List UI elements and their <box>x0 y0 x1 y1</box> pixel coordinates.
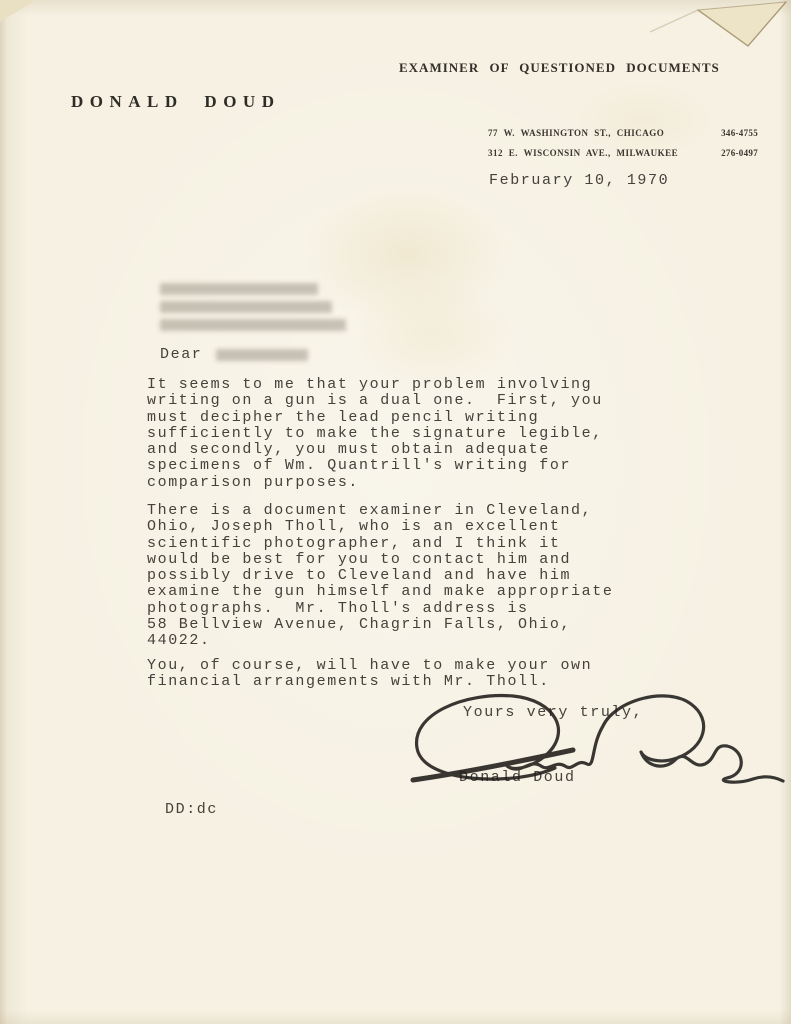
recipient-address-redacted <box>160 283 346 337</box>
office-address-chicago: 77 W. WASHINGTON ST., CHICAGO <box>488 128 664 138</box>
closing-line: Yours very truly, <box>463 704 643 721</box>
redacted-line <box>160 301 332 313</box>
redacted-line <box>160 283 318 295</box>
letterhead-office-block: 77 W. WASHINGTON ST., CHICAGO 346-4755 3… <box>488 128 758 168</box>
folded-corner-decoration <box>620 0 791 64</box>
body-paragraph-1: It seems to me that your problem involvi… <box>147 377 603 491</box>
office-row-chicago: 77 W. WASHINGTON ST., CHICAGO 346-4755 <box>488 128 758 148</box>
salutation-line: Dear <box>160 346 308 363</box>
letter-page: EXAMINER OF QUESTIONED DOCUMENTS DONALD … <box>0 0 791 1024</box>
recipient-name-redacted <box>216 349 308 361</box>
letterhead-name: DONALD DOUD <box>71 92 280 112</box>
body-paragraph-2: There is a document examiner in Clevelan… <box>147 503 613 650</box>
letter-date: February 10, 1970 <box>489 172 669 189</box>
salutation-prefix: Dear <box>160 346 202 363</box>
office-phone-milwaukee: 276-0497 <box>721 148 758 158</box>
office-row-milwaukee: 312 E. WISCONSIN AVE., MILWAUKEE 276-049… <box>488 148 758 168</box>
office-address-milwaukee: 312 E. WISCONSIN AVE., MILWAUKEE <box>488 148 678 158</box>
letterhead-title: EXAMINER OF QUESTIONED DOCUMENTS <box>399 60 720 76</box>
reference-initials: DD:dc <box>165 801 218 818</box>
corner-clip-decoration <box>0 0 40 26</box>
redacted-line <box>160 319 346 331</box>
body-paragraph-3: You, of course, will have to make your o… <box>147 658 592 691</box>
signature-typed-name: Donald Doud <box>459 769 576 786</box>
office-phone-chicago: 346-4755 <box>721 128 758 138</box>
